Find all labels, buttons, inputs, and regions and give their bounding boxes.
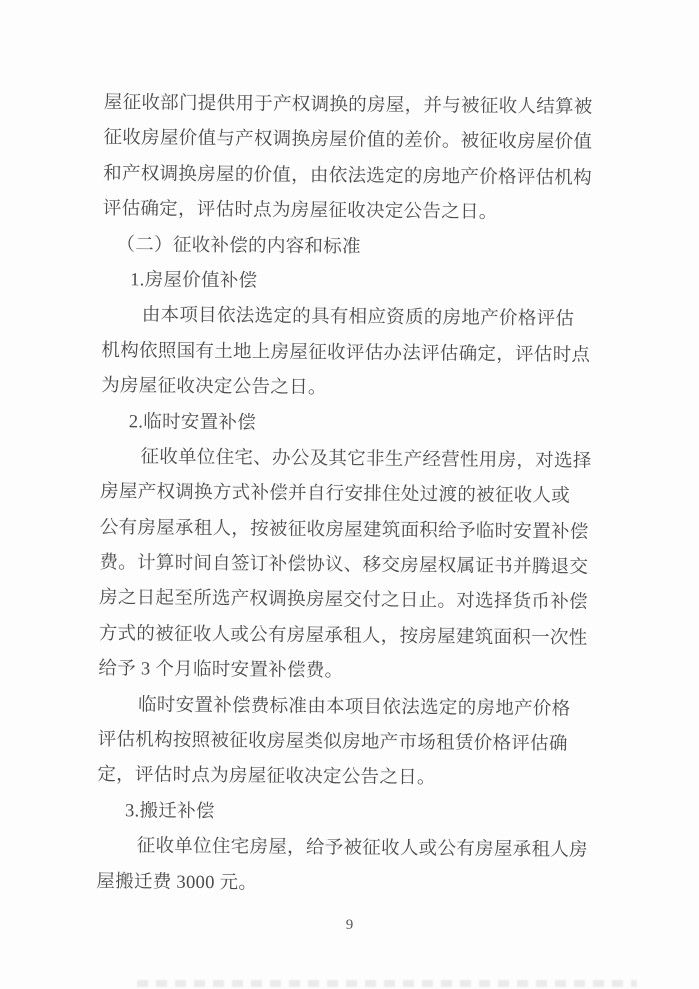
- text-line: 征收单位住宅、办公及其它非生产经营性用房，对选择: [100, 440, 600, 480]
- item-heading-line: 2.临时安置补偿: [101, 405, 601, 445]
- text-line: 屋搬迁费 3000 元。: [96, 865, 596, 905]
- text-line: 临时安置补偿费标准由本项目依法选定的房地产价格: [98, 688, 598, 728]
- document-page: 屋征收部门提供用于产权调换的房屋，并与被征收人结算被 征收房屋价值与产权调换房屋…: [0, 0, 699, 989]
- text-line: 给予 3 个月临时安置补偿费。: [98, 652, 598, 692]
- text-line: 定，评估时点为房屋征收决定公告之日。: [97, 758, 597, 798]
- item-heading-line: 1.房屋价值补偿: [102, 263, 602, 303]
- text-line: 征收单位住宅房屋，给予被征收人或公有房屋承租人房: [97, 829, 597, 869]
- item-heading-line: 3.搬迁补偿: [97, 794, 597, 834]
- text-line: 房之日起至所选产权调换房屋交付之日止。对选择货币补偿: [99, 581, 599, 621]
- text-line: 费。计算时间自签订补偿协议、移交房屋权属证书并腾退交: [99, 546, 599, 586]
- text-line: 评估机构按照被征收房屋类似房地产市场租赁价格评估确: [98, 723, 598, 763]
- document-body: 屋征收部门提供用于产权调换的房屋，并与被征收人结算被 征收房屋价值与产权调换房屋…: [96, 86, 604, 905]
- next-page-bleed-artifact: [137, 980, 637, 987]
- text-line: 和产权调换房屋的价值，由依法选定的房地产价格评估机构: [103, 157, 603, 197]
- text-line: 公有房屋承租人，按被征收房屋建筑面积给予临时安置补偿: [100, 511, 600, 551]
- text-line: 评估确定，评估时点为房屋征收决定公告之日。: [103, 192, 603, 232]
- text-line: 征收房屋价值与产权调换房屋价值的差价。被征收房屋价值: [103, 121, 603, 161]
- section-heading-line: （二）征收补偿的内容和标准: [102, 228, 602, 268]
- text-line: 为房屋征收决定公告之日。: [101, 369, 601, 409]
- text-line: 由本项目依法选定的具有相应资质的房地产价格评估: [102, 298, 602, 338]
- text-line: 方式的被征收人或公有房屋承租人，按房屋建筑面积一次性: [99, 617, 599, 657]
- page-number: 9: [0, 914, 699, 936]
- text-line: 房屋产权调换方式补偿并自行安排住处过渡的被征收人或: [100, 475, 600, 515]
- text-line: 机构依照国有土地上房屋征收评估办法评估确定，评估时点: [101, 334, 601, 374]
- text-line: 屋征收部门提供用于产权调换的房屋，并与被征收人结算被: [104, 86, 604, 126]
